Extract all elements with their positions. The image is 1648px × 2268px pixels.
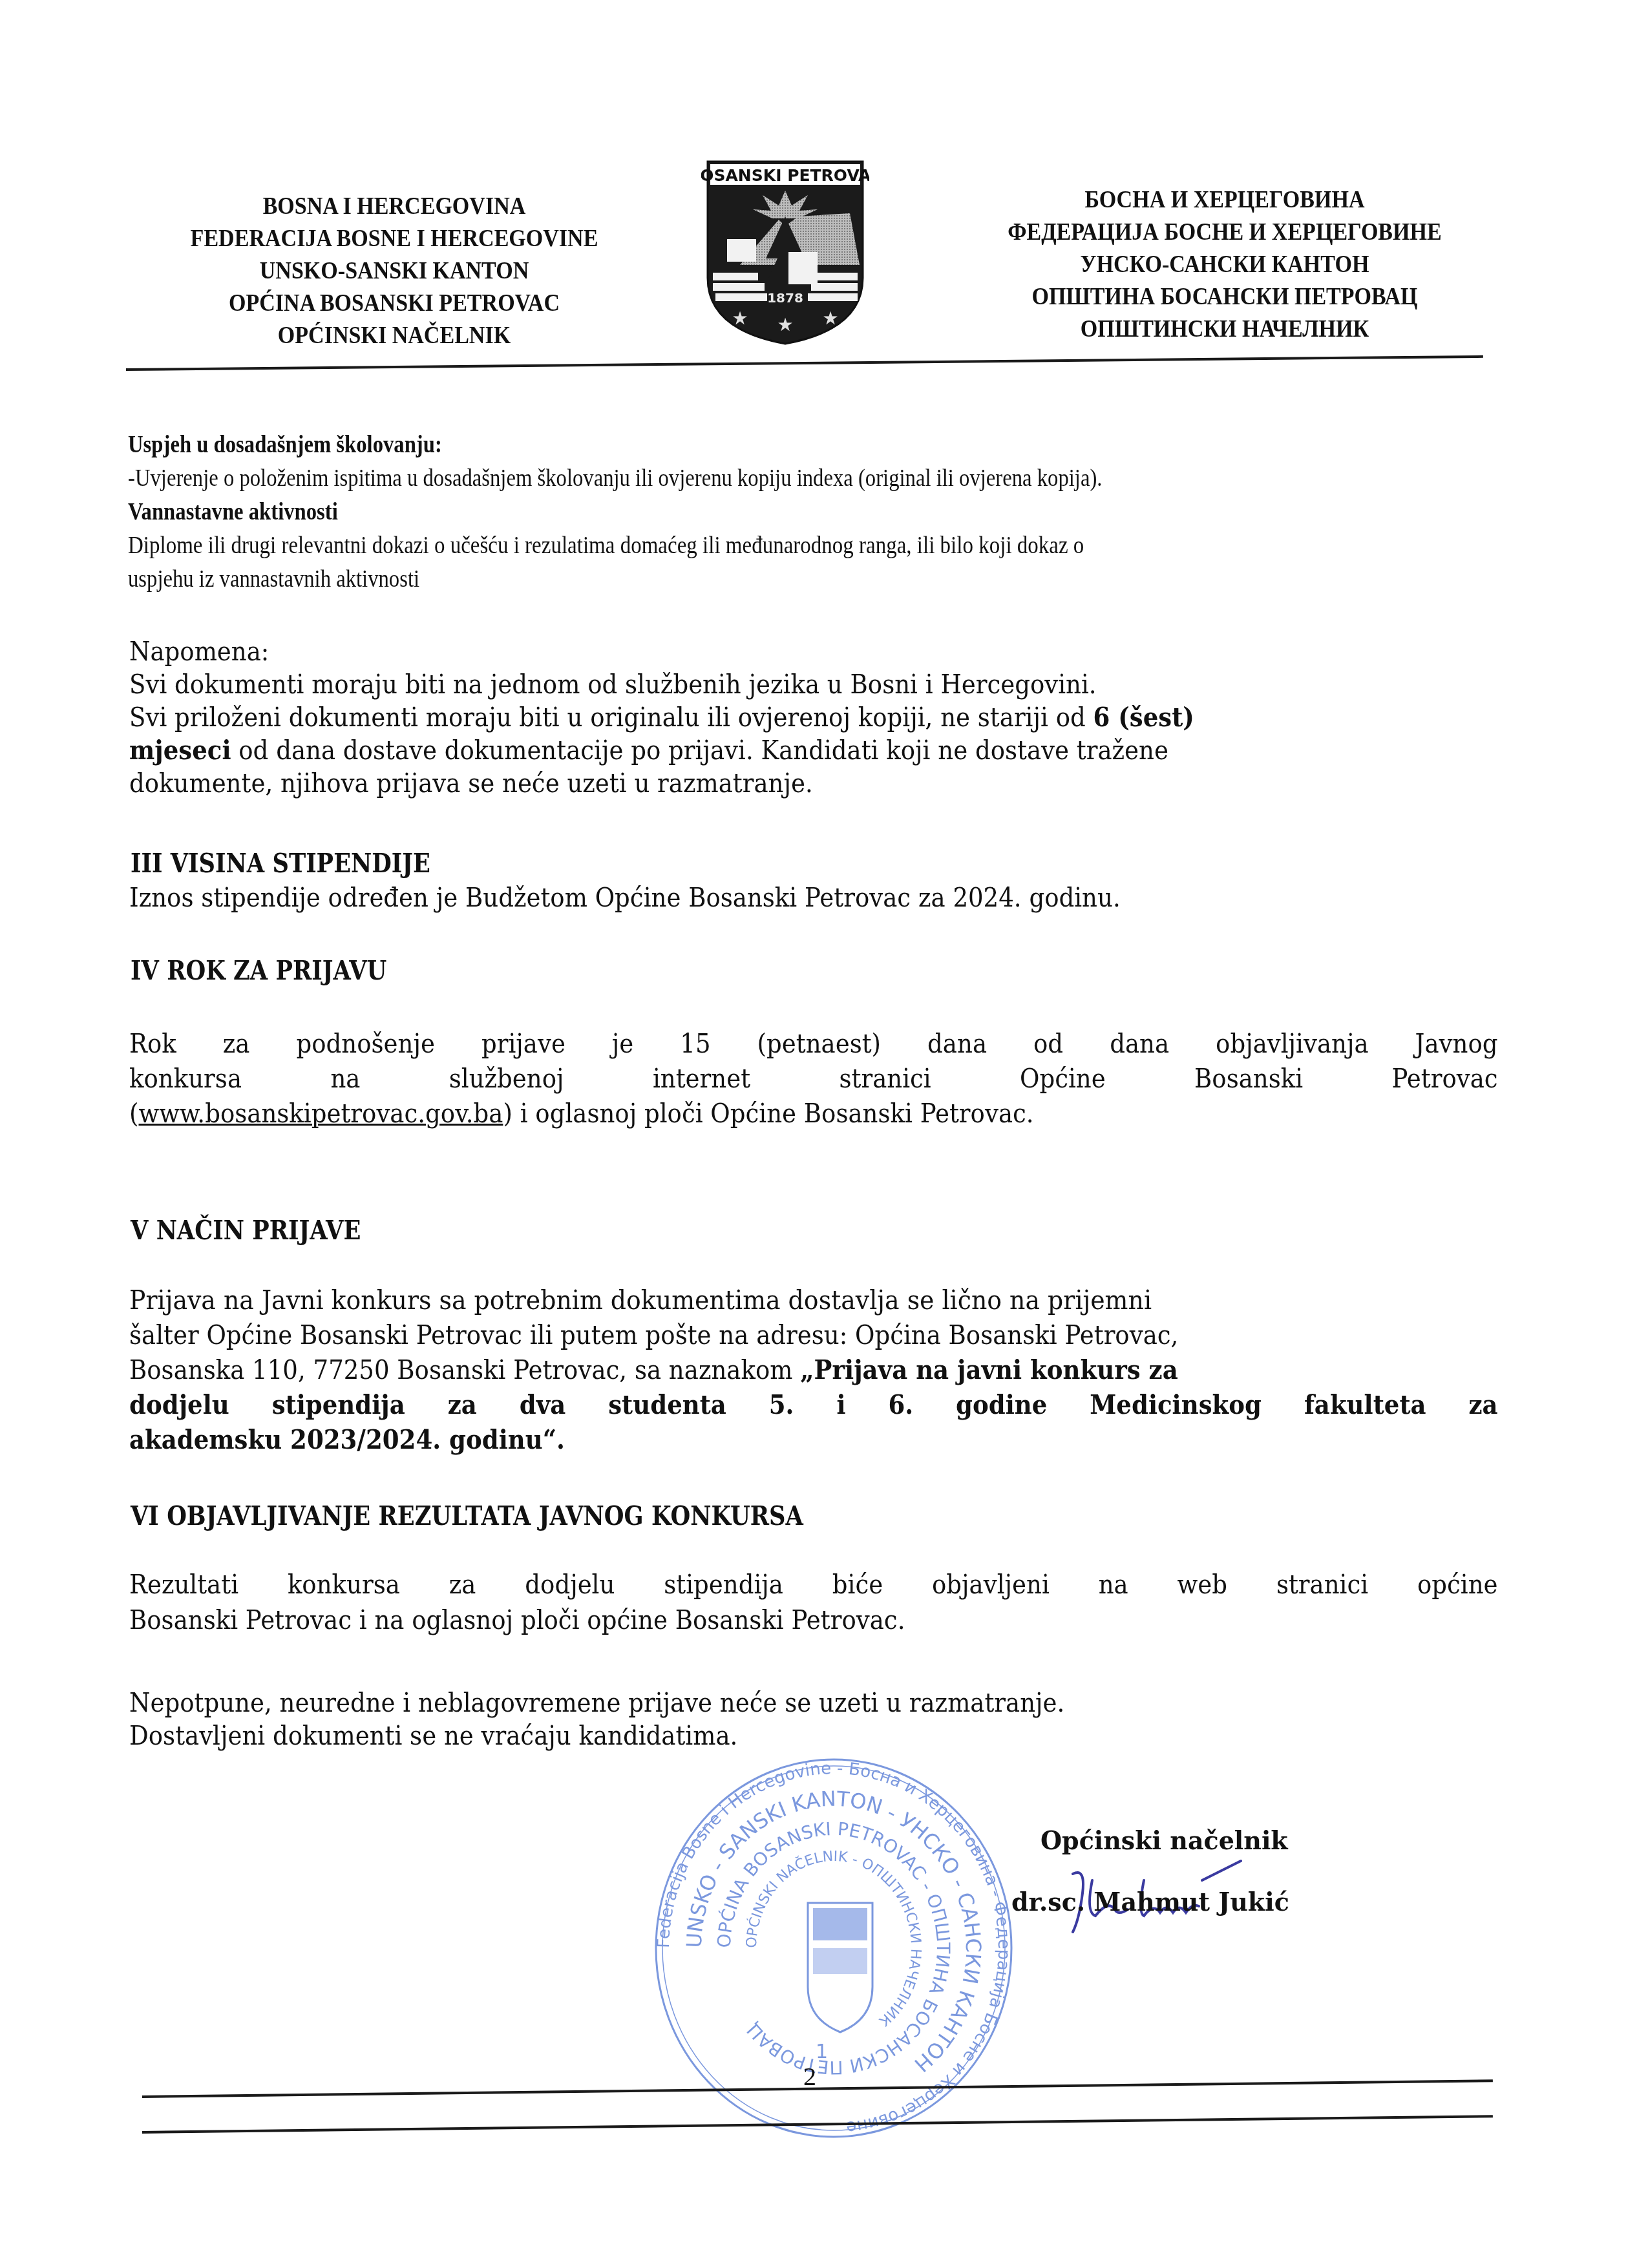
word: internet bbox=[653, 1061, 750, 1096]
header-line: БОСНА И ХЕРЦЕГОВИНА bbox=[960, 184, 1490, 216]
word: fakulteta bbox=[1304, 1387, 1426, 1422]
word: i bbox=[836, 1387, 845, 1422]
section-line: konkursanaslužbenojinternetstraniciOpćin… bbox=[129, 1061, 1498, 1096]
word: dodjelu bbox=[129, 1387, 229, 1422]
word: prijave bbox=[481, 1026, 565, 1061]
section-iv-text: Rokzapodnošenjeprijaveje15(petnaest)dana… bbox=[129, 1026, 1381, 1131]
section-heading-iv: IV ROK ZA PRIJAVU bbox=[131, 955, 386, 986]
word: Rok bbox=[129, 1026, 176, 1061]
header-line: OPĆINSKI NAČELNIK bbox=[151, 320, 638, 352]
word: konkursa bbox=[288, 1567, 400, 1602]
header-line: FEDERACIJA BOSNE I HERCEGOVINE bbox=[151, 223, 638, 255]
signatory-name: dr.sc. Mahmut Jukić bbox=[1011, 1887, 1289, 1917]
section-text: ) i oglasnoj ploči Općine Bosanski Petro… bbox=[503, 1098, 1033, 1129]
header-line: ФЕДЕРАЦИЈА БОСНЕ И ХЕРЦЕГОВИНЕ bbox=[960, 216, 1490, 249]
section-line: Rezultatikonkursazadodjelustipendijabiće… bbox=[129, 1567, 1498, 1602]
section-line: (www.bosanskipetrovac.gov.ba) i oglasnoj… bbox=[129, 1096, 1381, 1131]
word: 15 bbox=[680, 1026, 710, 1061]
word: za bbox=[449, 1567, 476, 1602]
note-label: Napomena: bbox=[129, 635, 1381, 668]
section-vi-text: Rezultatikonkursazadodjelustipendijabiće… bbox=[129, 1567, 1381, 1638]
word: dva bbox=[520, 1387, 566, 1422]
school-success-heading: Uspjeh u dosadašnjem školovanju: bbox=[128, 428, 1317, 461]
word: web bbox=[1178, 1567, 1227, 1602]
word: stranici bbox=[839, 1061, 931, 1096]
word: Bosanski bbox=[1194, 1061, 1303, 1096]
word: Rezultati bbox=[129, 1567, 238, 1602]
header-line: BOSNA I HERCEGOVINA bbox=[151, 191, 638, 223]
section-line: Rokzapodnošenjeprijaveje15(petnaest)dana… bbox=[129, 1026, 1498, 1061]
header-line: УНСКО-САНСКИ КАНТОН bbox=[960, 249, 1490, 281]
word: biće bbox=[832, 1567, 883, 1602]
section-text: Bosanska 110, 77250 Bosanski Petrovac, s… bbox=[129, 1354, 800, 1385]
section-heading-vi: VI OBJAVLJIVANJE REZULTATA JAVNOG KONKUR… bbox=[131, 1500, 803, 1531]
svg-text:1878: 1878 bbox=[767, 290, 803, 306]
extracurricular-text: Diplome ili drugi relevantni dokazi o uč… bbox=[128, 529, 1329, 562]
submission-label: „Prijava na javni konkurs za bbox=[800, 1354, 1178, 1385]
submission-label: akademsku 2023/2024. godinu“. bbox=[129, 1422, 1381, 1457]
word: konkursa bbox=[129, 1061, 242, 1096]
requirements-block: Uspjeh u dosadašnjem školovanju: -Uvjere… bbox=[128, 428, 1317, 596]
word: za bbox=[223, 1026, 250, 1061]
signatory-title: Općinski načelnik bbox=[1041, 1825, 1288, 1856]
note-block: Napomena: Svi dokumenti moraju biti na j… bbox=[129, 635, 1381, 800]
coat-of-arms-icon: BOSANSKI PETROVAC 1878 ★★★ bbox=[701, 155, 869, 349]
header-line: ОПШТИНА БОСАНСКИ ПЕТРОВАЦ bbox=[960, 281, 1490, 313]
note-line: Svi dokumenti moraju biti na jednom od s… bbox=[129, 668, 1381, 701]
word: dana bbox=[1110, 1026, 1169, 1061]
word: dana bbox=[927, 1026, 987, 1061]
section-line: Bosanska 110, 77250 Bosanski Petrovac, s… bbox=[129, 1352, 1381, 1387]
word: od bbox=[1033, 1026, 1063, 1061]
svg-text:★: ★ bbox=[777, 314, 793, 335]
header-latin: BOSNA I HERCEGOVINA FEDERACIJA BOSNE I H… bbox=[151, 191, 638, 352]
closing-block: Nepotpune, neuredne i neblagovremene pri… bbox=[129, 1686, 1381, 1752]
word: stipendija bbox=[272, 1387, 405, 1422]
section-text: Iznos stipendije određen je Budžetom Opć… bbox=[129, 880, 1381, 916]
closing-line: Dostavljeni dokumenti se ne vraćaju kand… bbox=[129, 1719, 1381, 1752]
word: (petnaest) bbox=[757, 1026, 882, 1061]
header-line: ОПШТИНСКИ НАЧЕЛНИК bbox=[960, 313, 1490, 346]
section-iii-text: Iznos stipendije određen je Budžetom Opć… bbox=[129, 880, 1381, 916]
word: za bbox=[448, 1387, 477, 1422]
word: objavljeni bbox=[932, 1567, 1050, 1602]
section-heading-v: V NAČIN PRIJAVE bbox=[131, 1215, 361, 1246]
note-text: od dana dostave dokumentacije po prijavi… bbox=[231, 735, 1168, 766]
svg-text:1: 1 bbox=[816, 2041, 828, 2063]
word: Javnog bbox=[1415, 1026, 1498, 1061]
header-line: UNSKO-SANSKI KANTON bbox=[151, 255, 638, 288]
word: općine bbox=[1417, 1567, 1498, 1602]
word: godine bbox=[956, 1387, 1047, 1422]
header-line: OPĆINA BOSANSKI PETROVAC bbox=[151, 288, 638, 320]
section-line: Bosanski Petrovac i na oglasnoj ploči op… bbox=[129, 1602, 1381, 1638]
svg-text:★: ★ bbox=[822, 308, 838, 329]
word: studenta bbox=[608, 1387, 726, 1422]
word: Općine bbox=[1020, 1061, 1106, 1096]
municipality-website-link[interactable]: www.bosanskipetrovac.gov.ba bbox=[138, 1098, 503, 1129]
paren: ( bbox=[129, 1098, 138, 1129]
school-success-text: -Uvjerenje o položenim ispitima u dosada… bbox=[128, 461, 1317, 495]
word: 5. bbox=[769, 1387, 794, 1422]
word: Medicinskog bbox=[1090, 1387, 1262, 1422]
section-line: Prijava na Javni konkurs sa potrebnim do… bbox=[129, 1283, 1406, 1318]
section-line: dodjelustipendijazadvastudenta5.i6.godin… bbox=[129, 1387, 1498, 1422]
official-stamp-icon: Federacija Bosne i Hercegovine - Босна и… bbox=[653, 1754, 1015, 2142]
word: stipendija bbox=[664, 1567, 783, 1602]
svg-text:★: ★ bbox=[732, 308, 748, 329]
note-text: Svi priloženi dokumenti moraju biti u or… bbox=[129, 702, 1093, 733]
header-cyrillic: БОСНА И ХЕРЦЕГОВИНА ФЕДЕРАЦИЈА БОСНЕ И Х… bbox=[960, 184, 1490, 346]
word: za bbox=[1468, 1387, 1497, 1422]
word: službenoj bbox=[449, 1061, 564, 1096]
extracurricular-heading: Vannastavne aktivnosti bbox=[128, 495, 1317, 529]
word: na bbox=[1099, 1567, 1128, 1602]
word: na bbox=[330, 1061, 360, 1096]
note-line: Svi priloženi dokumenti moraju biti u or… bbox=[129, 701, 1381, 734]
word: Petrovac bbox=[1392, 1061, 1498, 1096]
svg-text:BOSANSKI PETROVAC: BOSANSKI PETROVAC bbox=[701, 166, 869, 185]
note-emphasis: 6 (šest) bbox=[1093, 702, 1194, 733]
word: je bbox=[612, 1026, 633, 1061]
closing-line: Nepotpune, neuredne i neblagovremene pri… bbox=[129, 1686, 1381, 1719]
word: stranici bbox=[1276, 1567, 1368, 1602]
note-line: dokumente, njihova prijava se neće uzeti… bbox=[129, 767, 1381, 800]
section-v-text: Prijava na Javni konkurs sa potrebnim do… bbox=[129, 1283, 1381, 1457]
section-line: šalter Općine Bosanski Petrovac ili pute… bbox=[129, 1318, 1381, 1352]
header-divider bbox=[126, 355, 1483, 371]
extracurricular-text: uspjehu iz vannastavnih aktivnosti bbox=[128, 562, 1317, 596]
word: dodjelu bbox=[525, 1567, 615, 1602]
note-line: mjeseci od dana dostave dokumentacije po… bbox=[129, 734, 1381, 767]
word: 6. bbox=[888, 1387, 913, 1422]
word: objavljivanja bbox=[1216, 1026, 1369, 1061]
note-emphasis: mjeseci bbox=[129, 735, 231, 766]
word: podnošenje bbox=[296, 1026, 434, 1061]
section-heading-iii: III VISINA STIPENDIJE bbox=[131, 848, 430, 879]
